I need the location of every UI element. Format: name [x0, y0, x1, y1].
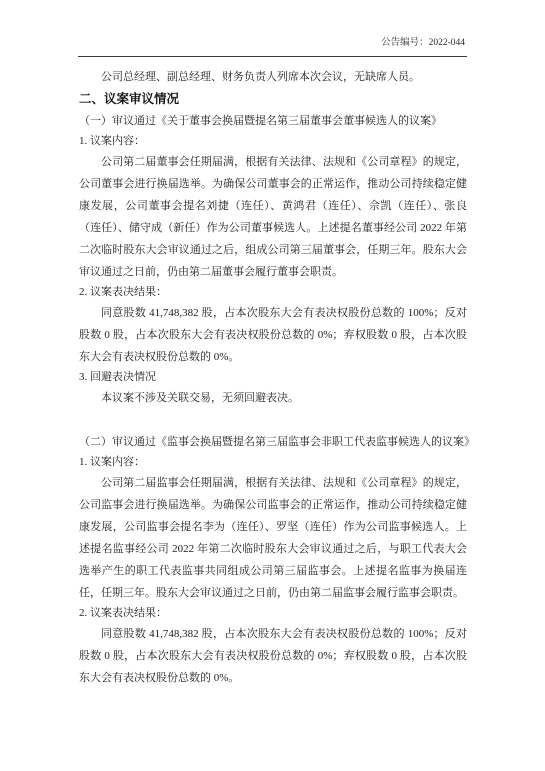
proposal-1-item-3-text: 本议案不涉及关联交易，无须回避表决。	[79, 387, 467, 409]
proposal-2-item-1-text: 公司第二届监事会任期届满，根据有关法律、法规和《公司章程》的规定，公司监事会进行…	[79, 472, 467, 604]
header-divider-rule	[78, 56, 467, 57]
attendance-paragraph: 公司总经理、副总经理、财务负责人列席本次会议，无缺席人员。	[79, 66, 467, 88]
proposal-2-title: （二）审议通过《监事会换届暨提名第三届监事会非职工代表监事候选人的议案》	[79, 431, 467, 453]
proposal-1-item-3-label: 3. 回避表决情况	[79, 368, 467, 387]
document-page: 公告编号：2022-044 公司总经理、副总经理、财务负责人列席本次会议，无缺席…	[0, 0, 545, 771]
proposal-2-item-2-label: 2. 议案表决结果：	[79, 604, 467, 623]
proposal-2-item-2-text: 同意股数 41,748,382 股，占本次股东大会有表决权股份总数的 100%；…	[79, 623, 467, 689]
proposal-1-item-1-label: 1. 议案内容：	[79, 132, 467, 151]
proposal-1-item-2-label: 2. 议案表决结果：	[79, 283, 467, 302]
proposal-1-item-2-text: 同意股数 41,748,382 股，占本次股东大会有表决权股份总数的 100%；…	[79, 302, 467, 368]
document-body: 公司总经理、副总经理、财务负责人列席本次会议，无缺席人员。 二、议案审议情况 （…	[79, 66, 467, 689]
proposal-1-item-1-text: 公司第二届董事会任期届满，根据有关法律、法规和《公司章程》的规定，公司董事会进行…	[79, 151, 467, 283]
announcement-number: 公告编号：2022-044	[381, 37, 465, 49]
section-heading: 二、议案审议情况	[79, 88, 467, 110]
proposal-1: （一）审议通过《关于董事会换届暨提名第三届董事会董事候选人的议案》 1. 议案内…	[79, 110, 467, 409]
proposal-1-title: （一）审议通过《关于董事会换届暨提名第三届董事会董事候选人的议案》	[79, 110, 467, 132]
proposal-2-item-1-label: 1. 议案内容：	[79, 453, 467, 472]
proposal-2: （二）审议通过《监事会换届暨提名第三届监事会非职工代表监事候选人的议案》 1. …	[79, 431, 467, 689]
